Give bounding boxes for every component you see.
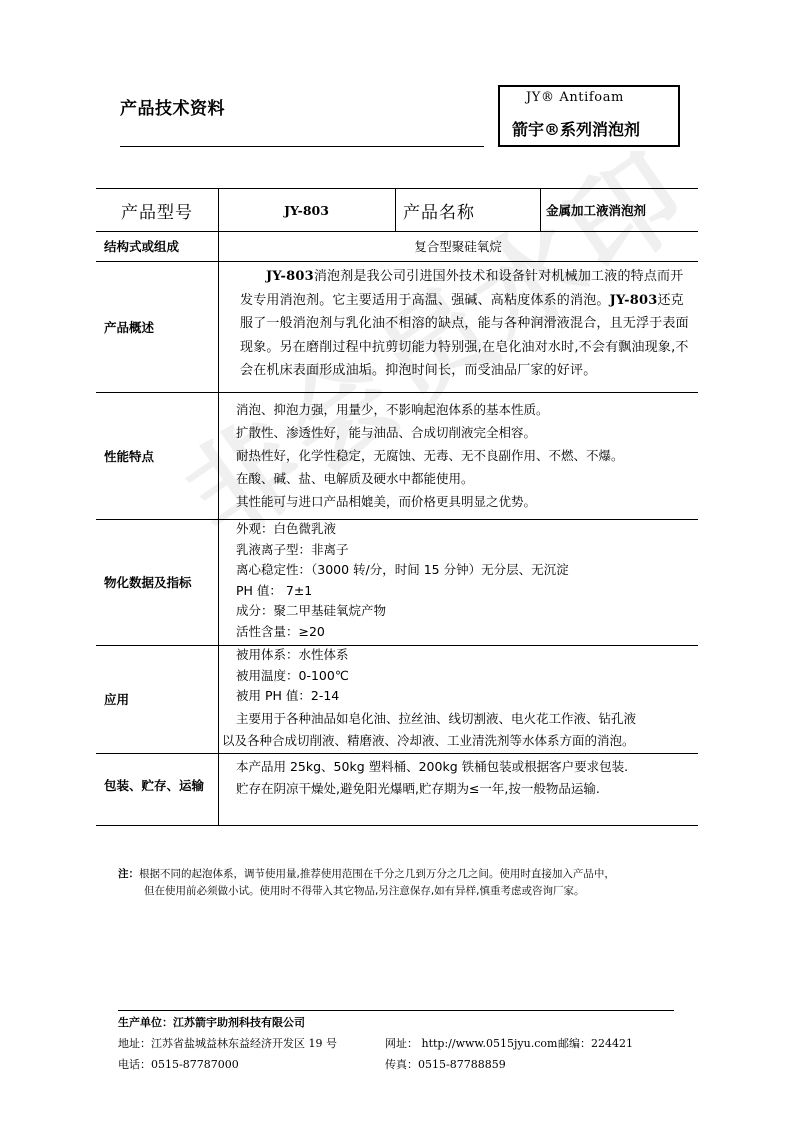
- application-usage-2: 以及各种合成切削液、精磨液、冷却液、工业清洗剂等水体系方面的消泡。: [220, 730, 694, 752]
- footer-producer: 生产单位：江苏箭宇助剂科技有限公司: [118, 1014, 305, 1030]
- model-value: JY-803: [284, 203, 329, 218]
- feature-item: 耐热性好，化学性稳定，无腐蚀、无毒、无不良副作用、不燃、不爆。: [220, 444, 694, 467]
- brand-chinese: 箭宇®系列消泡剂: [512, 117, 640, 140]
- model-ref: JY-803: [266, 269, 314, 284]
- features-list: 消泡、抑泡力强，用量少，不影响起泡体系的基本性质。 扩散性、渗透性好，能与油品、…: [220, 398, 694, 513]
- footer-postcode: 邮编：224421: [558, 1035, 633, 1051]
- producer-name: 江苏箭宇助剂科技有限公司: [173, 1016, 305, 1029]
- application-item: 被用体系：水性体系: [220, 645, 694, 666]
- packaging-label: 包装、贮存、运输: [96, 776, 204, 794]
- title-underline: [120, 146, 484, 147]
- physchem-item: 离心稳定性：（3000 转/分，时间 15 分钟）无分层、无沉淀: [220, 560, 694, 581]
- physchem-list: 外观：白色微乳液 乳液离子型：非离子 离心稳定性：（3000 转/分，时间 15…: [220, 519, 694, 642]
- application-usage-1: 主要用于各种油品如皂化油、拉丝油、线切割液、电火花工作液、钻孔液: [220, 707, 694, 730]
- model-ref-2: JY-803: [610, 293, 658, 308]
- packaging-item: 贮存在阴凉干燥处,避免阳光爆晒,贮存期为≤一年,按一般物品运输.: [220, 778, 694, 800]
- address-value: 江苏省盐城益林东益经济开发区 19 号: [151, 1037, 337, 1050]
- footer-phone: 电话：0515-87787000: [118, 1056, 239, 1072]
- model-label: 产品型号: [121, 198, 193, 223]
- phone-value: 0515-87787000: [151, 1058, 239, 1071]
- application-label: 应用: [96, 690, 129, 708]
- postcode-value: 224421: [591, 1037, 633, 1050]
- note-lead: 注：: [118, 868, 139, 880]
- footer-rule: [118, 1010, 674, 1011]
- name-value: 金属加工液消泡剂: [546, 201, 646, 219]
- footer-fax: 传真：0515-87788859: [385, 1056, 506, 1072]
- packaging-item: 本产品用 25kg、50kg 塑料桶、200kg 铁桶包装或根据客户要求包装.: [220, 756, 694, 778]
- physchem-item: PH 值： 7±1: [220, 581, 694, 602]
- document-title: 产品技术资料: [120, 94, 225, 119]
- table-row-composition: 结构式或组成 复合型聚硅氧烷: [96, 231, 698, 262]
- website-link[interactable]: http://www.0515jyu.com: [422, 1037, 558, 1050]
- overview-label: 产品概述: [96, 318, 154, 336]
- table-row-application: 应用 被用体系：水性体系 被用温度：0-100℃ 被用 PH 值：2-14 主要…: [96, 645, 698, 754]
- application-item: 被用 PH 值：2-14: [220, 686, 694, 707]
- fax-value: 0515-87788859: [418, 1058, 506, 1071]
- physchem-item: 乳液离子型：非离子: [220, 540, 694, 561]
- feature-item: 消泡、抑泡力强，用量少，不影响起泡体系的基本性质。: [220, 398, 694, 421]
- name-label: 产品名称: [403, 198, 475, 223]
- brand-box: JY® Antifoam 箭宇®系列消泡剂: [498, 85, 680, 147]
- physchem-item: 外观：白色微乳液: [220, 519, 694, 540]
- physchem-label: 物化数据及指标: [96, 573, 192, 591]
- table-row-physchem: 物化数据及指标 外观：白色微乳液 乳液离子型：非离子 离心稳定性：（3000 转…: [96, 519, 698, 646]
- table-row-overview: 产品概述 JY-803消泡剂是我公司引进国外技术和设备针对机械加工液的特点而开发…: [96, 261, 698, 393]
- feature-item: 扩散性、渗透性好，能与油品、合成切削液完全相容。: [220, 421, 694, 444]
- table-row-features: 性能特点 消泡、抑泡力强，用量少，不影响起泡体系的基本性质。 扩散性、渗透性好，…: [96, 392, 698, 520]
- composition-value: 复合型聚硅氧烷: [414, 237, 502, 255]
- application-list: 被用体系：水性体系 被用温度：0-100℃ 被用 PH 值：2-14 主要用于各…: [220, 645, 694, 752]
- feature-item: 其性能可与进口产品相媲美，而价格更具明显之优势。: [220, 490, 694, 513]
- producer-label: 生产单位：: [118, 1016, 173, 1029]
- packaging-list: 本产品用 25kg、50kg 塑料桶、200kg 铁桶包装或根据客户要求包装. …: [220, 756, 694, 800]
- table-row-packaging: 包装、贮存、运输 本产品用 25kg、50kg 塑料桶、200kg 铁桶包装或根…: [96, 753, 698, 826]
- usage-note: 注：根据不同的起泡体系，调节使用量,推荐使用范围在千分之几到万分之几之间。使用时…: [118, 866, 698, 900]
- feature-item: 在酸、碱、盐、电解质及硬水中都能使用。: [220, 467, 694, 490]
- physchem-item: 活性含量：≥20: [220, 622, 694, 643]
- note-line-1: 根据不同的起泡体系，调节使用量,推荐使用范围在千分之几到万分之几之间。使用时直接…: [139, 868, 615, 880]
- physchem-item: 成分：聚二甲基硅氧烷产物: [220, 601, 694, 622]
- brand-english: JY® Antifoam: [526, 90, 624, 105]
- note-line-2: 但在使用前必须做小试。使用时不得带入其它物品,另注意保存,如有异样,慎重考虑或咨…: [118, 883, 698, 900]
- footer-address: 地址：江苏省盐城益林东益经济开发区 19 号: [118, 1035, 337, 1051]
- table-row-model: 产品型号 JY-803 产品名称 金属加工液消泡剂: [96, 188, 698, 232]
- footer-website: 网址： http://www.0515jyu.com: [385, 1035, 557, 1051]
- features-label: 性能特点: [96, 447, 154, 465]
- application-item: 被用温度：0-100℃: [220, 666, 694, 687]
- overview-text: JY-803消泡剂是我公司引进国外技术和设备针对机械加工液的特点而开发专用消泡剂…: [224, 265, 694, 383]
- composition-label: 结构式或组成: [96, 237, 179, 255]
